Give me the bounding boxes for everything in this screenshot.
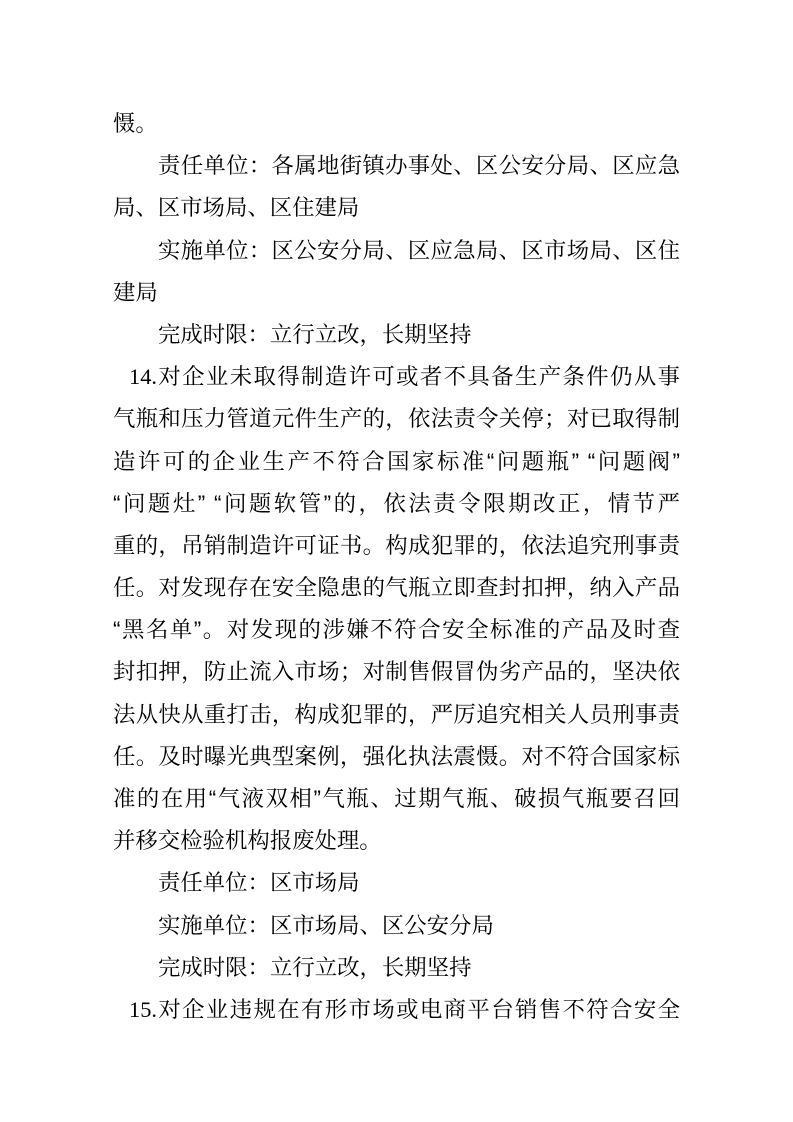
text-line-body: “问题灶” “问题软管”的，依法责令限期改正，情节严	[113, 483, 680, 525]
text-line-body: 准的在用“气液双相”气瓶、过期气瓶、破损气瓶要召回	[113, 778, 680, 820]
text-line-body: “黑名单”。对发现的涉嫌不符合安全标准的产品及时查	[113, 609, 680, 651]
text-line-body: 任。及时曝光典型案例，强化执法震慑。对不符合国家标	[113, 736, 680, 778]
text-line-body: 任。对发现存在安全隐患的气瓶立即查封扣押，纳入产品	[113, 567, 680, 609]
item-14-text: 对企业未取得制造许可或者不具备生产条件仍从事	[157, 364, 680, 389]
item-15-text: 对企业违规在有形市场或电商平台销售不符合安全	[157, 997, 680, 1022]
text-line-responsible-unit-2: 责任单位：区市场局	[113, 862, 680, 904]
text-line-body: 法从快从重打击，构成犯罪的，严厉追究相关人员刑事责	[113, 694, 680, 736]
text-line-body-end: 并移交检验机构报废处理。	[113, 820, 680, 862]
text-line-deadline-2: 完成时限：立行立改，长期坚持	[113, 947, 680, 989]
text-line-implementing-unit-cont: 建局	[113, 272, 680, 314]
text-line-item-15-start: 15.对企业违规在有形市场或电商平台销售不符合安全	[113, 989, 680, 1031]
text-line-deadline: 完成时限：立行立改，长期坚持	[113, 314, 680, 356]
text-line-body: 造许可的企业生产不符合国家标准“问题瓶” “问题阀”	[113, 441, 680, 483]
document-page: 慑。 责任单位：各属地街镇办事处、区公安分局、区应急 局、区市场局、区住建局 实…	[0, 0, 793, 1122]
text-line-body: 重的，吊销制造许可证书。构成犯罪的，依法追究刑事责	[113, 525, 680, 567]
text-line-implementing-unit: 实施单位：区公安分局、区应急局、区市场局、区住	[113, 230, 680, 272]
item-number-15: 15.	[129, 997, 157, 1022]
text-line-body: 封扣押，防止流入市场；对制售假冒伪劣产品的，坚决依	[113, 651, 680, 693]
text-line-implementing-unit-2: 实施单位：区市场局、区公安分局	[113, 905, 680, 947]
item-number-14: 14.	[129, 364, 157, 389]
text-line-item-14-start: 14.对企业未取得制造许可或者不具备生产条件仍从事	[113, 356, 680, 398]
text-line-paragraph-tail: 慑。	[113, 103, 680, 145]
text-line-responsible-unit: 责任单位：各属地街镇办事处、区公安分局、区应急	[113, 145, 680, 187]
document-body: 慑。 责任单位：各属地街镇办事处、区公安分局、区应急 局、区市场局、区住建局 实…	[113, 103, 680, 1031]
text-line-responsible-unit-cont: 局、区市场局、区住建局	[113, 187, 680, 229]
text-line-body: 气瓶和压力管道元件生产的，依法责令关停；对已取得制	[113, 398, 680, 440]
